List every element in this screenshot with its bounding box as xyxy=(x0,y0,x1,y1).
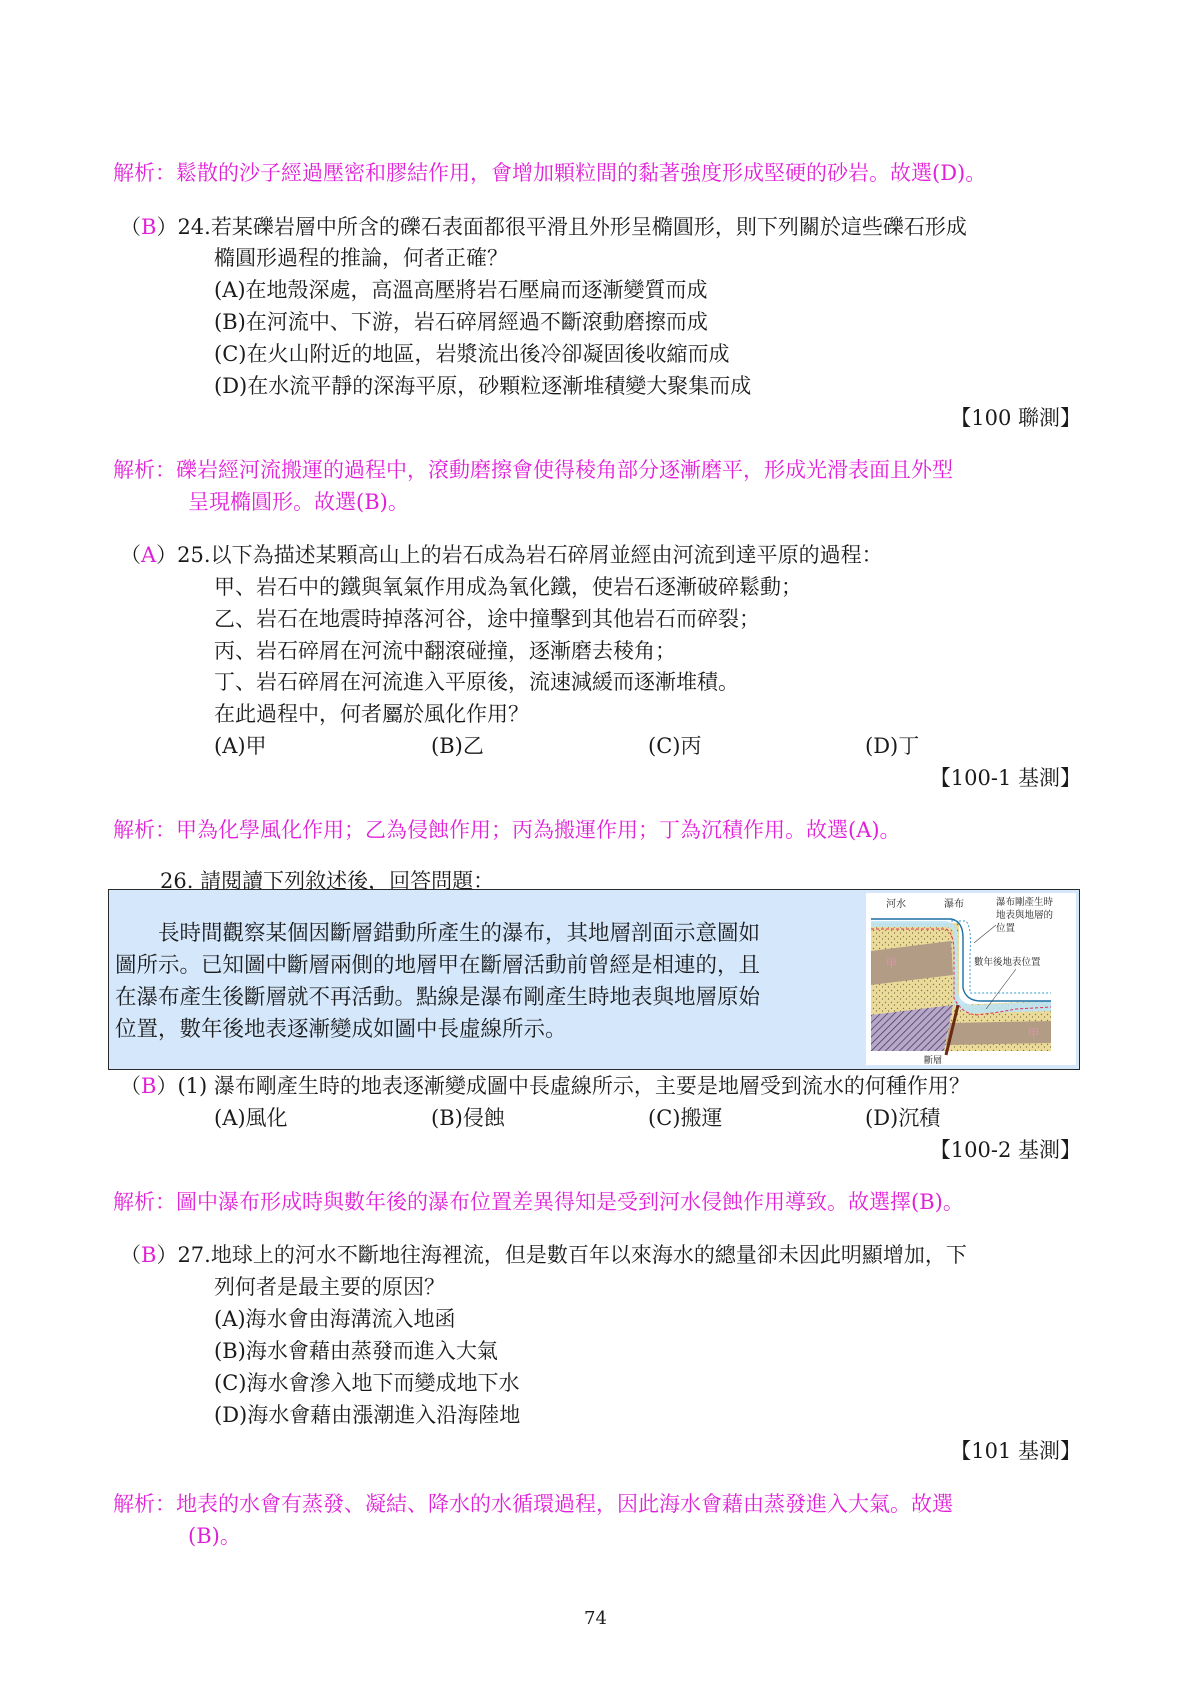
analysis-q23: 解析：鬆散的沙子經過壓密和膠結作用，會增加顆粒間的黏著強度形成堅硬的砂岩。故選(… xyxy=(113,158,986,188)
analysis-q24-cont: 呈現橢圓形。故選(B)。 xyxy=(188,487,409,517)
question-stem-cont: 橢圓形過程的推論，何者正確？ xyxy=(214,243,508,273)
question-stem: 地球上的河水不斷地往海裡流，但是數百年以來海水的總量卻未因此明顯增加，下 xyxy=(211,1243,967,1267)
item-bing: 丙、岩石碎屑在河流中翻滾碰撞，逐漸磨去稜角； xyxy=(214,636,676,666)
source-tag: 【100 聯測】 xyxy=(950,403,1081,433)
source-tag: 【100-2 基測】 xyxy=(930,1135,1081,1165)
label-waterfall: 瀑布 xyxy=(944,897,964,910)
page-number: 74 xyxy=(0,1608,1191,1629)
answer-q27: B xyxy=(141,1243,156,1267)
label-fault: 斷層 xyxy=(924,1054,942,1065)
label-original-2: 地表與地層的 xyxy=(996,909,1054,921)
answer-paren-open: （ xyxy=(120,1243,141,1267)
answer-paren-close: ） xyxy=(156,1074,177,1098)
answer-paren-close: ） xyxy=(156,215,177,239)
label-layer-jia-left: 甲 xyxy=(886,957,897,970)
option-a: (A)海水會由海溝流入地函 xyxy=(214,1304,456,1334)
passage-line: 位置，數年後地表逐漸變成如圖中長虛線所示。 xyxy=(115,1014,855,1046)
option-b: (B)乙 xyxy=(431,731,484,761)
waterfall-fault-diagram: 河水 瀑布 瀑布剛產生時 地表與地層的 位置 數年後地表位置 甲 甲 斷層 xyxy=(866,893,1076,1065)
answer-paren-open: （ xyxy=(120,543,141,567)
source-tag: 【101 基測】 xyxy=(950,1436,1081,1466)
label-later: 數年後地表位置 xyxy=(974,956,1041,968)
label-layer-jia-right: 甲 xyxy=(1028,1027,1039,1040)
analysis-q26: 解析：圖中瀑布形成時與數年後的瀑布位置差異得知是受到河水侵蝕作用導致。故選擇(B… xyxy=(113,1187,964,1217)
item-jia: 甲、岩石中的鐵與氧氣作用成為氧化鐵，使岩石逐漸破碎鬆動； xyxy=(214,572,802,602)
item-ding: 丁、岩石碎屑在河流進入平原後，流速減緩而逐漸堆積。 xyxy=(214,667,739,697)
source-tag: 【100-1 基測】 xyxy=(930,763,1081,793)
answer-q24: B xyxy=(141,215,156,239)
question-stem: 以下為描述某顆高山上的岩石成為岩石碎屑並經由河流到達平原的過程： xyxy=(211,543,883,567)
label-original-3: 位置 xyxy=(996,922,1016,934)
question-number: 27. xyxy=(177,1243,210,1267)
question-26-1: （B）(1) 瀑布剛產生時的地表逐漸變成圖中長虛線所示，主要是地層受到流水的何種… xyxy=(120,1071,970,1101)
question-number: 25. xyxy=(177,543,210,567)
item-yi: 乙、岩石在地震時掉落河谷，途中撞擊到其他岩石而碎裂； xyxy=(214,604,760,634)
answer-paren-close: ） xyxy=(156,1243,177,1267)
question-number: (1) xyxy=(177,1074,207,1098)
label-river: 河水 xyxy=(886,897,906,910)
option-b: (B)海水會藉由蒸發而進入大氣 xyxy=(214,1336,498,1366)
analysis-q25: 解析：甲為化學風化作用；乙為侵蝕作用；丙為搬運作用；丁為沉積作用。故選(A)。 xyxy=(113,815,901,845)
analysis-q24: 解析：礫岩經河流搬運的過程中，滾動磨擦會使得稜角部分逐漸磨平，形成光滑表面且外型 xyxy=(113,455,953,485)
option-a: (A)在地殼深處，高溫高壓將岩石壓扁而逐漸變質而成 xyxy=(214,275,708,305)
option-c: (C)丙 xyxy=(648,731,701,761)
option-c: (C)在火山附近的地區，岩漿流出後冷卻凝固後收縮而成 xyxy=(214,339,729,369)
question-prompt: 在此過程中，何者屬於風化作用？ xyxy=(214,699,529,729)
answer-paren-open: （ xyxy=(120,215,141,239)
question-number: 24. xyxy=(177,215,210,239)
passage-line: 在瀑布產生後斷層就不再活動。點線是瀑布剛產生時地表與地層原始 xyxy=(115,982,855,1014)
passage-line: 圖所示。已知圖中斷層兩側的地層甲在斷層活動前曾經是相連的，且 xyxy=(115,950,855,982)
question-stem: 若某礫岩層中所含的礫石表面都很平滑且外形呈橢圓形，則下列關於這些礫石形成 xyxy=(211,215,967,239)
option-b: (B)侵蝕 xyxy=(431,1103,505,1133)
option-a: (A)風化 xyxy=(214,1103,288,1133)
question-24: （B）24.若某礫岩層中所含的礫石表面都很平滑且外形呈橢圓形，則下列關於這些礫石… xyxy=(120,212,967,242)
question-25: （A）25.以下為描述某顆高山上的岩石成為岩石碎屑並經由河流到達平原的過程： xyxy=(120,540,883,570)
cross-section-illustration: 河水 瀑布 瀑布剛產生時 地表與地層的 位置 數年後地表位置 甲 甲 斷層 xyxy=(866,893,1076,1065)
question-stem: 瀑布剛產生時的地表逐漸變成圖中長虛線所示，主要是地層受到流水的何種作用？ xyxy=(214,1074,970,1098)
answer-q26-1: B xyxy=(141,1074,156,1098)
option-c: (C)搬運 xyxy=(648,1103,722,1133)
option-d: (D)丁 xyxy=(865,731,919,761)
analysis-q27-cont: (B)。 xyxy=(188,1521,241,1551)
answer-paren-close: ） xyxy=(156,543,177,567)
option-a: (A)甲 xyxy=(214,731,267,761)
option-b: (B)在河流中、下游，岩石碎屑經過不斷滾動磨擦而成 xyxy=(214,307,708,337)
passage-text: 長時間觀察某個因斷層錯動所產生的瀑布，其地層剖面示意圖如 圖所示。已知圖中斷層兩… xyxy=(115,918,855,1046)
passage-line: 長時間觀察某個因斷層錯動所產生的瀑布，其地層剖面示意圖如 xyxy=(115,918,855,950)
answer-paren-open: （ xyxy=(120,1074,141,1098)
answer-q25: A xyxy=(141,543,156,567)
question-stem-cont: 列何者是最主要的原因？ xyxy=(214,1272,445,1302)
option-d: (D)海水會藉由漲潮進入沿海陸地 xyxy=(214,1400,520,1430)
analysis-q27: 解析：地表的水會有蒸發、凝結、降水的水循環過程，因此海水會藉由蒸發進入大氣。故選 xyxy=(113,1489,953,1519)
option-c: (C)海水會滲入地下而變成地下水 xyxy=(214,1368,519,1398)
option-d: (D)沉積 xyxy=(865,1103,940,1133)
label-original-1: 瀑布剛產生時 xyxy=(996,896,1054,908)
question-27: （B）27.地球上的河水不斷地往海裡流，但是數百年以來海水的總量卻未因此明顯增加… xyxy=(120,1240,967,1270)
option-d: (D)在水流平靜的深海平原，砂顆粒逐漸堆積變大聚集而成 xyxy=(214,371,751,401)
